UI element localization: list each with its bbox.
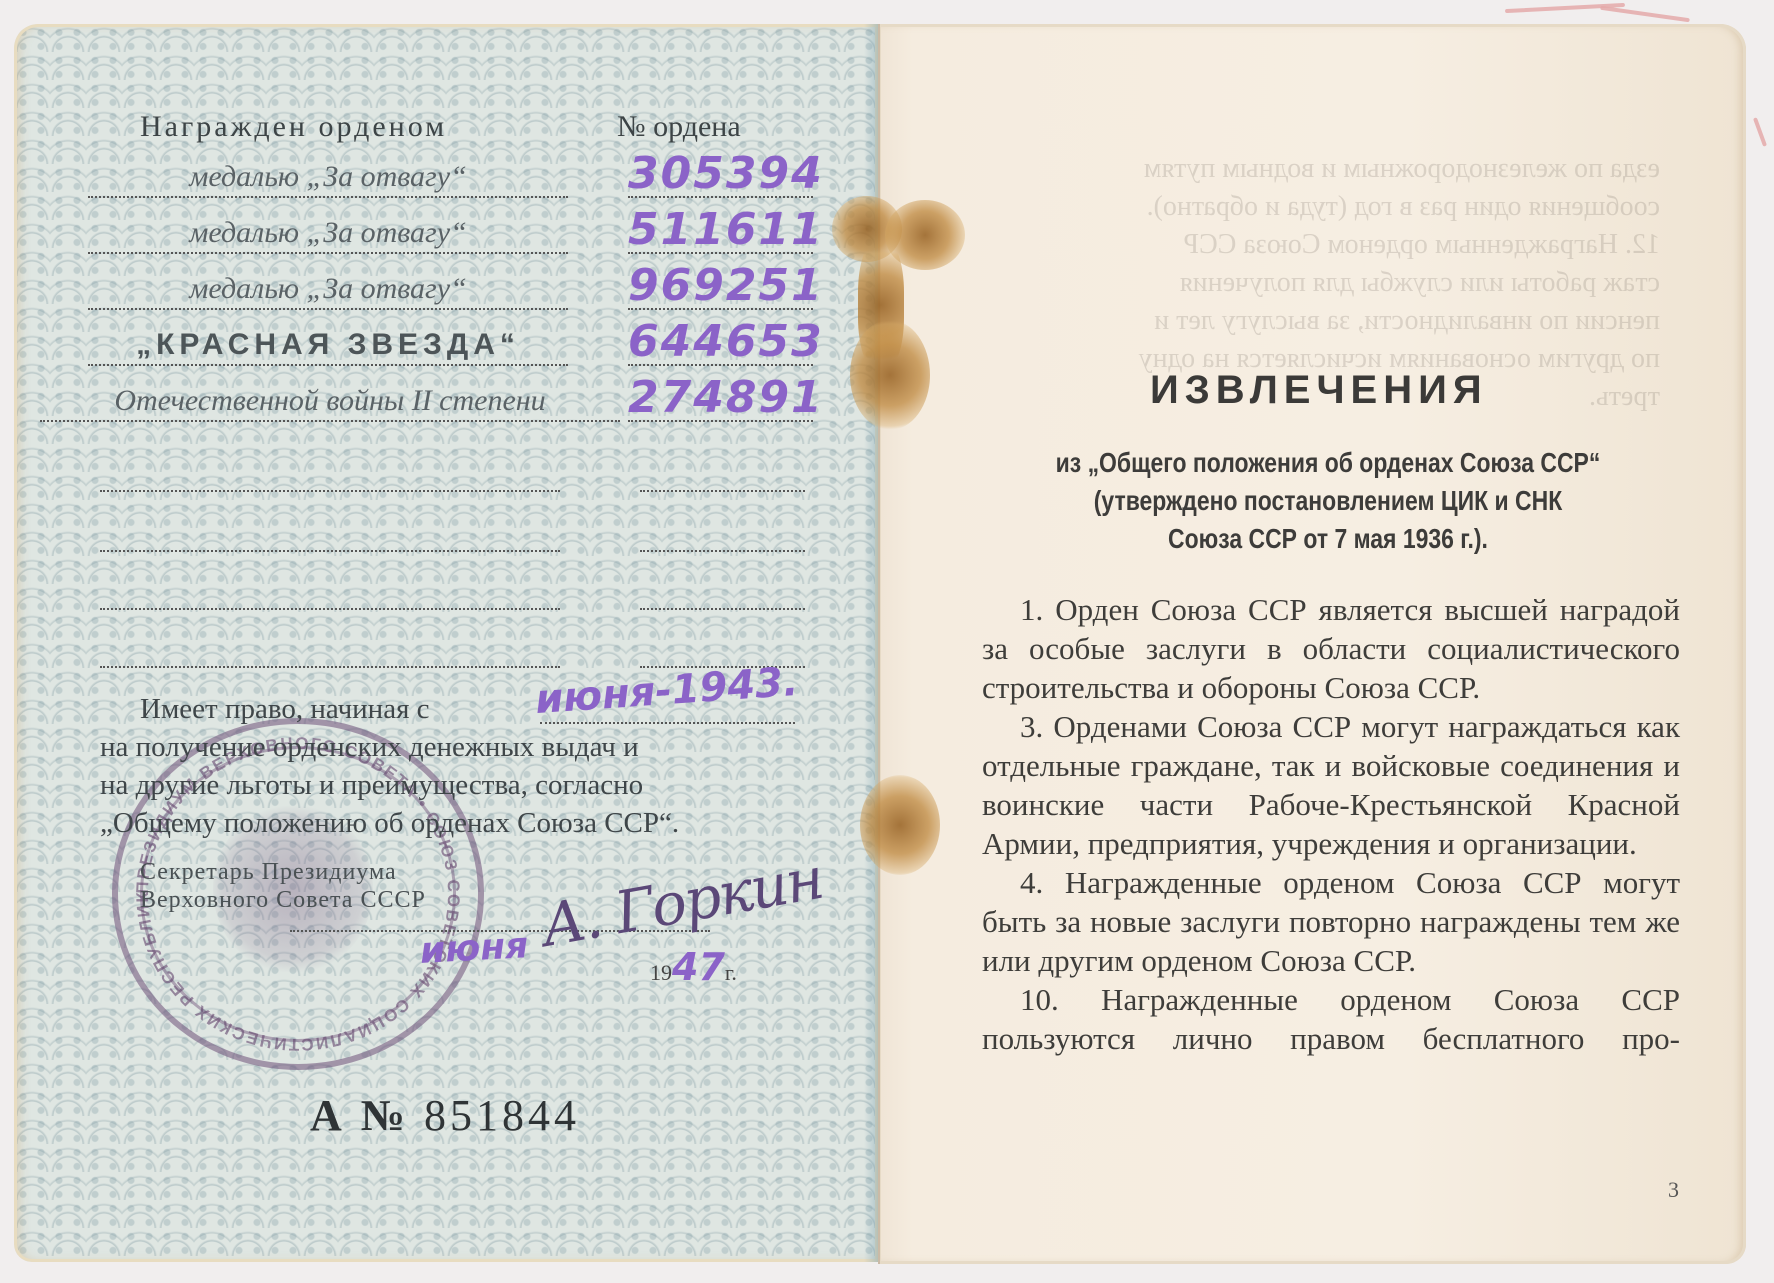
booklet-serial: А № 851844 — [310, 1090, 580, 1141]
paragraph: 1. Орден Союза ССР является высшей награ… — [982, 590, 1680, 707]
rights-line: на другие льготы и преимущества, согласн… — [100, 766, 800, 804]
subtitle-line: Союза ССР от 7 мая 1936 г.). — [1041, 520, 1615, 558]
ghost-line: стаж работы или службы для получения — [970, 264, 1660, 302]
signature-month: июня — [419, 925, 529, 972]
award-row: Отечественной войны II степени 274891 — [40, 374, 760, 430]
award-row: медалью „За отвагу“ 969251 — [88, 262, 808, 318]
paragraph: 3. Орденами Союза ССР могут награждаться… — [982, 707, 1680, 863]
date-line — [540, 722, 795, 724]
rights-statement: Имеет право, начиная с на получение орде… — [100, 690, 800, 842]
year-suffix: г. — [725, 960, 737, 985]
ghost-line: 12. Награжденным орденом Союза ССР — [970, 226, 1660, 264]
secretary-line: Секретарь Президиума — [140, 858, 426, 886]
award-row: „КРАСНАЯ ЗВЕЗДА“ 644653 — [88, 318, 808, 374]
page-subtitle: из „Общего положения об орденах Союза СС… — [1041, 444, 1615, 558]
year-prefix: 19 — [650, 960, 672, 985]
thread-fiber — [1600, 6, 1690, 22]
award-number: 969251 — [628, 264, 813, 310]
rust-stain — [860, 775, 940, 875]
page-title: ИЗВЛЕЧЕНИЯ — [1150, 368, 1488, 413]
award-name: Отечественной войны II степени — [40, 384, 620, 422]
rights-line: на получение орденских денежных выдач и — [100, 728, 800, 766]
order-number-header: № ордена — [617, 110, 741, 144]
subtitle-line: из „Общего положения об орденах Союза СС… — [1041, 444, 1615, 482]
serial-prefix: А № — [310, 1091, 409, 1140]
award-name: медалью „За отвагу“ — [88, 272, 568, 310]
blank-award-line — [100, 608, 800, 610]
awarded-header: Награжден орденом — [140, 110, 447, 144]
ghost-line: сообщения один раз в год (туда и обратно… — [970, 188, 1660, 226]
year-handwritten: 47 — [672, 945, 725, 989]
secretary-line: Верховного Совета СССР — [140, 886, 426, 914]
award-number: 644653 — [628, 320, 813, 366]
secretary-title: Секретарь Президиума Верховного Совета С… — [140, 858, 426, 914]
award-row: медалью „За отвагу“ 305394 — [88, 150, 808, 206]
blank-award-line — [100, 550, 800, 552]
award-number: 274891 — [628, 376, 813, 422]
award-name: медалью „За отвагу“ — [88, 160, 568, 198]
rust-stain — [850, 320, 930, 430]
award-row: медалью „За отвагу“ 511611 — [88, 206, 808, 262]
signature-year: 1947г. — [650, 945, 737, 989]
award-name: „КРАСНАЯ ЗВЕЗДА“ — [88, 328, 568, 366]
ghost-line: езда по железнодорожным и водным путям — [970, 150, 1660, 188]
blank-award-line — [100, 490, 800, 492]
rights-line: „Общему положению об орденах Союза ССР“. — [100, 804, 800, 842]
serial-number: 851844 — [424, 1091, 580, 1140]
award-number: 305394 — [628, 152, 813, 198]
page-number: 3 — [1668, 1177, 1679, 1203]
ghost-line: пенсии по инвалидности, за выслугу лет и — [970, 302, 1660, 340]
paragraph: 4. Награжденные орденом Союза ССР могут … — [982, 863, 1680, 980]
thread-fiber — [1753, 117, 1767, 147]
regulation-excerpts: 1. Орден Союза ССР является высшей награ… — [982, 590, 1680, 1058]
paragraph: 10. Награжденные орденом Союза ССР польз… — [982, 980, 1680, 1058]
award-name: медалью „За отвагу“ — [88, 216, 568, 254]
subtitle-line: (утверждено постановлением ЦИК и СНК — [1041, 482, 1615, 520]
award-number: 511611 — [628, 208, 813, 254]
